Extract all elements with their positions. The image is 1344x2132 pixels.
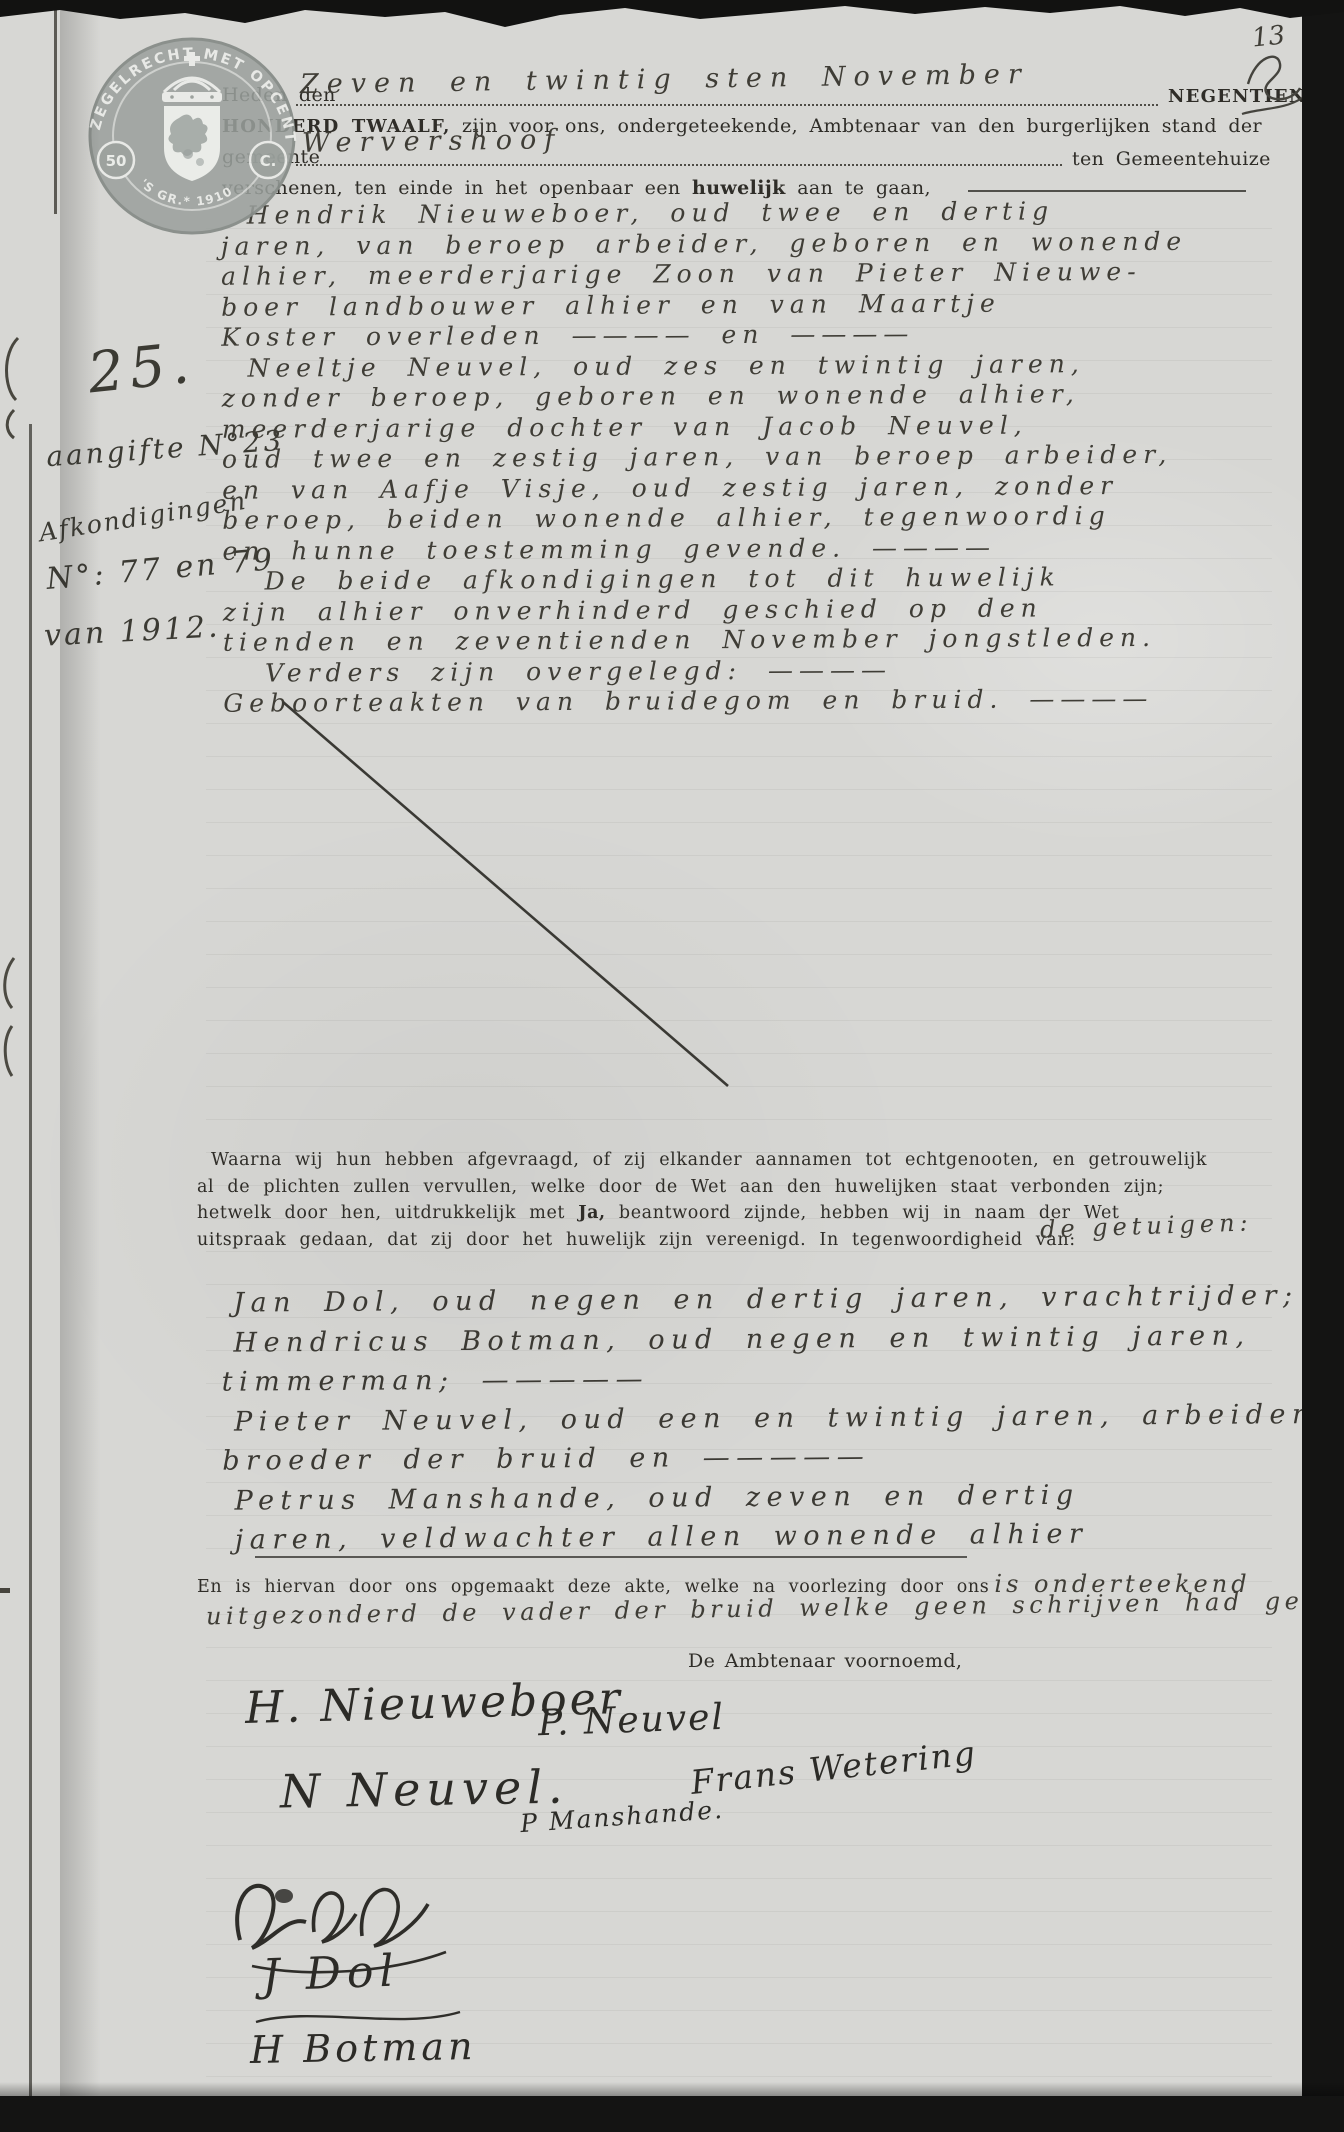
torn-top-edge bbox=[0, 0, 1344, 40]
diagonal-strike-line bbox=[0, 0, 1344, 2132]
fold-shadow bbox=[60, 0, 100, 2132]
scan-border-right bbox=[1302, 0, 1344, 2132]
page-edge-fragment bbox=[0, 1588, 10, 1593]
scan-border-bottom bbox=[0, 2096, 1344, 2132]
binding-line-bottom bbox=[29, 424, 32, 2096]
page-edge-fragment bbox=[0, 330, 20, 442]
bottom-edge-shadow bbox=[0, 2082, 1344, 2096]
page-edge-fragment bbox=[0, 948, 18, 1088]
marriage-act-scan: ZEGELRECHT MET OPCENTEN 'S GR.* 1910 50 … bbox=[0, 0, 1344, 2132]
